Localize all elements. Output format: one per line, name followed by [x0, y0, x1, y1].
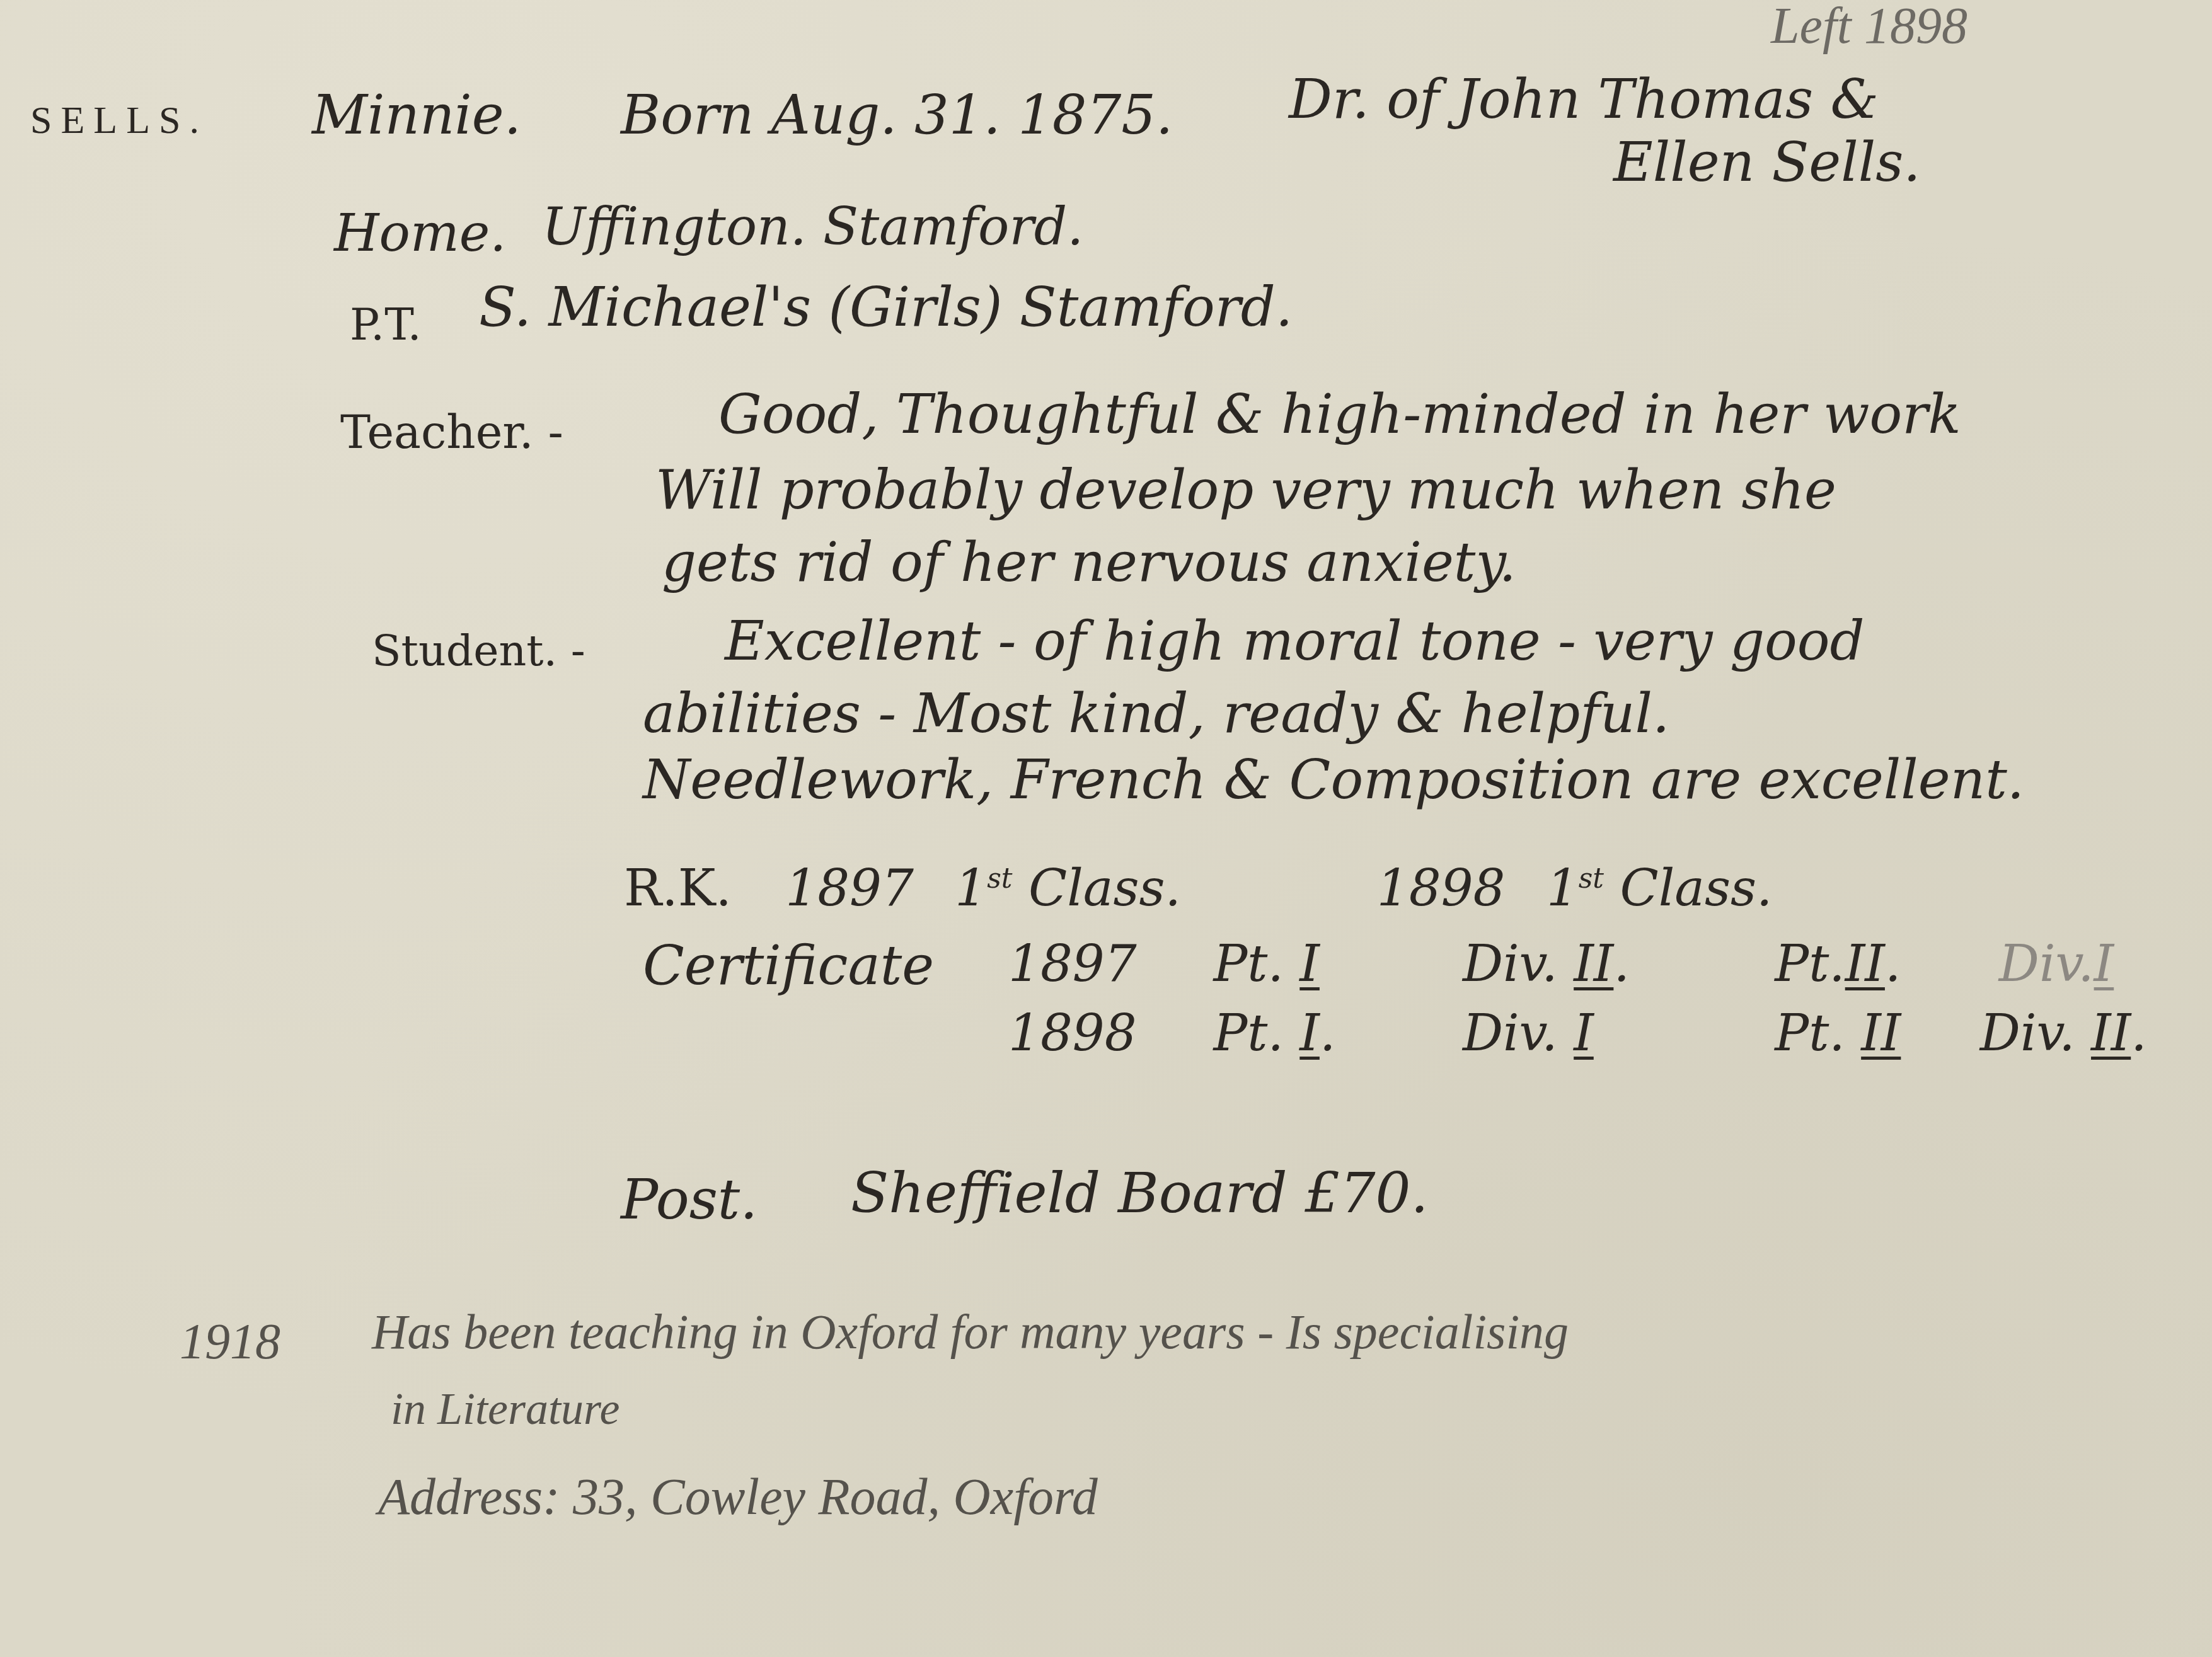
student-comment-line-3: Needlework, French & Composition are exc…: [643, 753, 2024, 807]
post-label: Post.: [621, 1172, 757, 1227]
left-date-annotation: Left 1898: [1771, 0, 1967, 52]
cert-pt1: Pt. I.: [1213, 1008, 1446, 1058]
student-comment-line-1: Excellent - of high moral tone - very go…: [725, 614, 1865, 668]
register-page: Left 1898 SELLS. Minnie. Born Aug. 31. 1…: [0, 0, 2212, 1657]
cert-div1: Div. I: [1463, 1008, 1759, 1058]
cert-pt2: Pt. II: [1775, 1008, 1964, 1058]
address-label: Address:: [378, 1468, 560, 1525]
cert-year: 1898: [1008, 1008, 1197, 1058]
note-line-1: Has been teaching in Oxford for many yea…: [372, 1307, 1569, 1356]
cert-pt1: Pt. I: [1213, 939, 1446, 989]
rk-row: R.K. 1897 1st Class. 1898 1st Class.: [624, 863, 1773, 914]
rk-label: R.K.: [624, 859, 732, 917]
birth-date: Born Aug. 31. 1875.: [621, 88, 1173, 142]
teacher-comment-line-2: Will probably develop very much when she: [655, 463, 1836, 517]
pt-label: P.T.: [350, 302, 422, 347]
first-name: Minnie.: [312, 88, 521, 142]
certificate-label: Certificate: [643, 939, 934, 993]
address-line: Address: 33, Cowley Road, Oxford: [378, 1471, 1098, 1523]
address-value: 33, Cowley Road, Oxford: [573, 1468, 1098, 1525]
student-label: Student. -: [372, 630, 585, 673]
pt-value: S. Michael's (Girls) Stamford.: [479, 280, 1293, 335]
rk-class-1897: 1st Class.: [955, 859, 1181, 917]
certificate-row-1897: 1897 Pt. I Div. II. Pt.II. Div.I: [1008, 939, 2114, 989]
certificate-row-1898: 1898 Pt. I. Div. I Pt. II Div. II.: [1008, 1008, 2147, 1058]
parentage-line-1: Dr. of John Thomas &: [1289, 72, 1879, 127]
cert-pt2: Pt.II.: [1775, 939, 1983, 989]
teacher-comment-line-3: gets rid of her nervous anxiety.: [662, 536, 1516, 590]
surname: SELLS.: [30, 101, 208, 140]
home-label: Home.: [334, 208, 506, 260]
cert-div2: Div.I: [1999, 934, 2114, 993]
student-comment-line-2: abilities - Most kind, ready & helpful.: [643, 687, 1669, 741]
teacher-label: Teacher. -: [340, 410, 563, 455]
note-year: 1918: [180, 1317, 280, 1367]
parentage-line-2: Ellen Sells.: [1613, 135, 1921, 190]
teacher-comment-line-1: Good, Thoughtful & high-minded in her wo…: [718, 387, 1961, 442]
home-value: Uffington. Stamford.: [542, 202, 1083, 253]
cert-div1: Div. II.: [1463, 939, 1759, 989]
post-value: Sheffield Board £70.: [851, 1166, 1428, 1221]
cert-div2: Div. II.: [1980, 1004, 2147, 1062]
rk-class-1898: 1st Class.: [1547, 859, 1773, 917]
cert-year: 1897: [1008, 939, 1197, 989]
rk-year-1897: 1897: [785, 859, 914, 917]
note-line-2: in Literature: [391, 1386, 619, 1431]
rk-year-1898: 1898: [1377, 859, 1506, 917]
